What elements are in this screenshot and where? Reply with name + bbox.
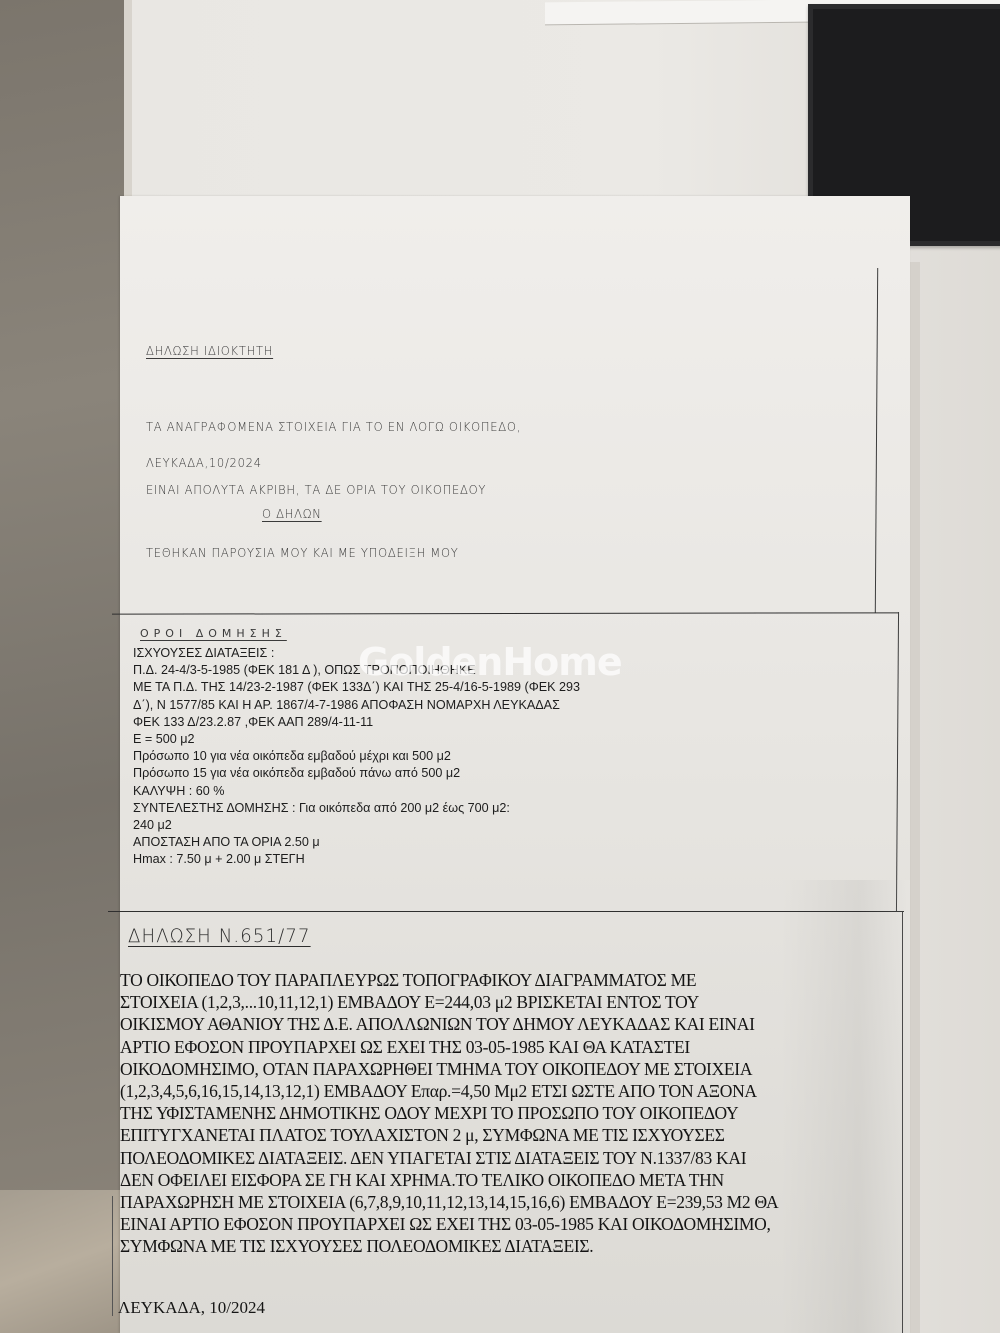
owner-declaration-line: ΤΑ ΑΝΑΓΡΑΦΟΜΕΝΑ ΣΤΟΙΧΕΙΑ ΓΙΑ ΤΟ ΕΝ ΛΟΓΩ … [146, 416, 521, 437]
frame-left-border [112, 1196, 113, 1316]
terms-line: Πρόσωπο 10 για νέα οικόπεδα εμβαδού μέχρ… [133, 748, 580, 765]
owner-place-date: ΛΕΥΚΑΔΑ,10/2024 [146, 452, 262, 473]
frame-right-border [902, 912, 903, 1333]
declaration-line: ΠΟΛΕΟΔΟΜΙΚΕΣ ΔΙΑΤΑΞΕΙΣ. ΔΕΝ ΥΠΑΓΕΤΑΙ ΣΤΙ… [120, 1147, 778, 1169]
signature-label: Ο ΔΗΛΩΝ [262, 503, 322, 524]
watermark-logo: GoldenHome [358, 640, 622, 684]
terms-line: ΑΠΟΣΤΑΣΗ ΑΠΟ ΤΑ ΟΡΙΑ 2.50 μ [133, 834, 580, 851]
law-declaration-title: ΔΗΛΩΣΗ Ν.651/77 [128, 925, 311, 947]
terms-line: ΚΑΛΥΨΗ : 60 % [133, 783, 580, 800]
terms-line: Δ΄), Ν 1577/85 ΚΑΙ Η ΑΡ. 1867/4-7-1986 Α… [133, 697, 580, 714]
terms-line: Hmax : 7.50 μ + 2.00 μ ΣΤΕΓΗ [133, 851, 580, 868]
section-divider [108, 911, 904, 912]
owner-declaration-title: ΔΗΛΩΣΗ ΙΔΙΟΚΤΗΤΗ [146, 340, 273, 361]
desk-edge [124, 0, 132, 200]
building-terms-title: ΟΡΟΙ ΔΟΜΗΣΗΣ [140, 627, 287, 640]
terms-line: Ε = 500 μ2 [133, 731, 580, 748]
declaration-line: ΤΗΣ ΥΦΙΣΤΑΜΕΝΗΣ ΔΗΜΟΤΙΚΗΣ ΟΔΟΥ ΜΕΧΡΙ ΤΟ … [120, 1102, 778, 1124]
owner-declaration-body: ΤΑ ΑΝΑΓΡΑΦΟΜΕΝΑ ΣΤΟΙΧΕΙΑ ΓΙΑ ΤΟ ΕΝ ΛΟΓΩ … [146, 374, 521, 584]
declaration-line: ΟΙΚΙΣΜΟΥ ΑΘΑΝΙΟΥ ΤΗΣ Δ.Ε. ΑΠΟΛΛΩΝΙΩΝ ΤΟΥ… [120, 1013, 778, 1035]
declaration-line: ΠΑΡΑΧΩΡΗΣΗ ΜΕ ΣΤΟΙΧΕΙΑ (6,7,8,9,10,11,12… [120, 1191, 778, 1213]
terms-line: 240 μ2 [133, 817, 580, 834]
declaration-line: ΣΤΟΙΧΕΙΑ (1,2,3,...10,11,12,1) ΕΜΒΑΔΟΥ Ε… [120, 991, 778, 1013]
declaration-line: ΕΙΝΑΙ ΑΡΤΙΟ ΕΦΟΣΟΝ ΠΡΟΥΠΑΡΧΕΙ ΩΣ ΕΧΕΙ ΤΗ… [120, 1213, 778, 1235]
terms-line: Πρόσωπο 15 για νέα οικόπεδα εμβαδού πάνω… [133, 765, 580, 782]
law-declaration-body: ΤΟ ΟΙΚΟΠΕΔΟ ΤΟΥ ΠΑΡΑΠΛΕΥΡΩΣ ΤΟΠΟΓΡΑΦΙΚΟΥ… [120, 969, 778, 1258]
declaration-line: (1,2,3,4,5,6,16,15,14,13,12,1) ΕΜΒΑΔΟΥ Ε… [120, 1080, 778, 1102]
declaration-line: ΟΙΚΟΔΟΜΗΣΙΜΟ, ΟΤΑΝ ΠΑΡΑΧΩΡΗΘΕΙ ΤΜΗΜΑ ΤΟΥ… [120, 1058, 778, 1080]
declaration-line: ΔΕΝ ΟΦΕΙΛΕΙ ΕΙΣΦΟΡΑ ΣΕ ΓΗ ΚΑΙ ΧΡΗΜΑ.ΤΟ Τ… [120, 1169, 778, 1191]
declaration-line: ΤΟ ΟΙΚΟΠΕΔΟ ΤΟΥ ΠΑΡΑΠΛΕΥΡΩΣ ΤΟΠΟΓΡΑΦΙΚΟΥ… [120, 969, 778, 991]
terms-line: ΦΕΚ 133 Δ/23.2.87 ,ΦΕΚ ΑΑΠ 289/4-11-11 [133, 714, 580, 731]
declaration-line: ΣΥΜΦΩΝΑ ΜΕ ΤΙΣ ΙΣΧΥΟΥΣΕΣ ΠΟΛΕΟΔΟΜΙΚΕΣ ΔΙ… [120, 1235, 778, 1257]
owner-declaration-line: ΕΙΝΑΙ ΑΠΟΛΥΤΑ ΑΚΡΙΒΗ, ΤΑ ΔΕ ΟΡΙΑ ΤΟΥ ΟΙΚ… [146, 479, 521, 500]
declaration-line: ΕΠΙΤΥΓΧΑΝΕΤΑΙ ΠΛΑΤΟΣ ΤΟΥΛΑΧΙΣΤΟΝ 2 μ, ΣΥ… [120, 1124, 778, 1146]
declaration-line: ΑΡΤΙΟ ΕΦΟΣΟΝ ΠΡΟΥΠΑΡΧΕΙ ΩΣ ΕΧΕΙ ΤΗΣ 03-0… [120, 1036, 778, 1058]
declaration-place-date: ΛΕΥΚΑΔΑ, 10/2024 [118, 1298, 265, 1318]
owner-declaration-line: ΤΕΘΗΚΑΝ ΠΑΡΟΥΣΙΑ ΜΟΥ ΚΑΙ ΜΕ ΥΠΟΔΕΙΞΗ ΜΟΥ [146, 542, 521, 563]
terms-line: ΣΥΝΤΕΛΕΣΤΗΣ ΔΟΜΗΣΗΣ : Για οικόπεδα από 2… [133, 800, 580, 817]
floor-background [0, 0, 132, 1333]
